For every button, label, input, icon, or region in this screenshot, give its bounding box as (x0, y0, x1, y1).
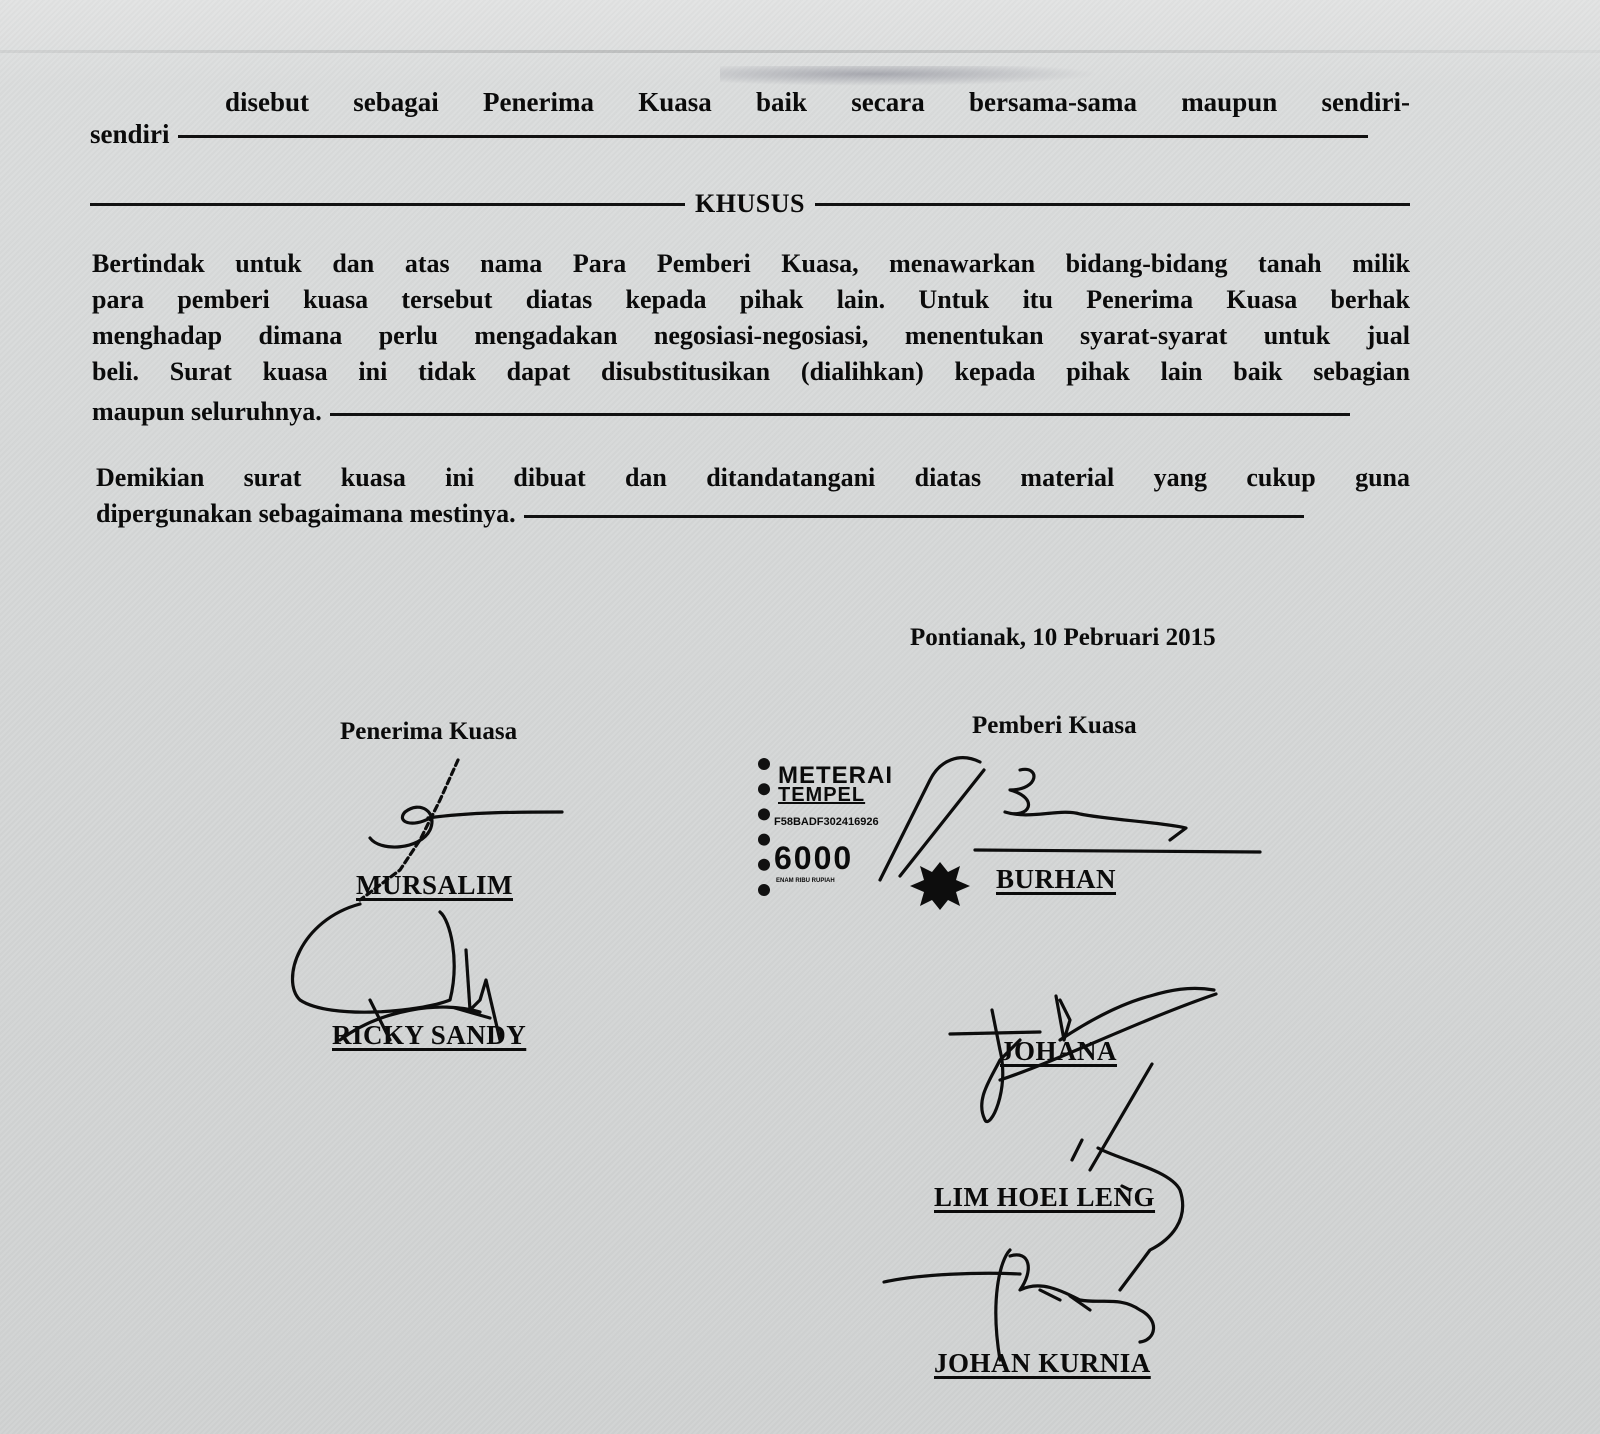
page-fold-edge (0, 50, 1600, 53)
stamp-value: 6000 (774, 840, 853, 877)
paragraph-1-line-2: para pemberi kuasa tersebut diatas kepad… (92, 282, 1410, 318)
stamp-caption: ENAM RIBU RUPIAH (776, 878, 835, 884)
intro-line-2-text: sendiri (90, 119, 170, 149)
section-heading-row: KHUSUS (90, 186, 1410, 222)
stamp-line-2: TEMPEL (778, 784, 865, 807)
signature-burhan (880, 758, 1260, 880)
signature-johan-kurnia (884, 1250, 1154, 1360)
paragraph-1-line-5: maupun seluruhnya. (92, 394, 1412, 430)
paragraph-2-line-2: dipergunakan sebagaimana mestinya. (96, 496, 1416, 532)
grantor-name-4: JOHAN KURNIA (934, 1348, 1151, 1379)
paragraph-2-line-2-text: dipergunakan sebagaimana mestinya. (96, 499, 516, 528)
paragraph-1-line-1: Bertindak untuk dan atas nama Para Pembe… (92, 246, 1410, 282)
heading-rule-left (90, 203, 685, 206)
document-page: disebut sebagai Penerima Kuasa baik seca… (0, 0, 1600, 1434)
heading-rule-right (815, 203, 1410, 206)
recipient-name-1: MURSALIM (356, 870, 513, 901)
paragraph-1-line-5-text: maupun seluruhnya. (92, 397, 322, 426)
paragraph-1-line-4: beli. Surat kuasa ini tidak dapat disubs… (92, 354, 1410, 390)
place-date: Pontianak, 10 Pebruari 2015 (910, 624, 1216, 652)
paragraph-1-line-3: menghadap dimana perlu mengadakan negosi… (92, 318, 1410, 354)
stamp-serial: F58BADF302416926 (774, 816, 879, 828)
grantor-role-label: Pemberi Kuasa (972, 712, 1137, 740)
grantor-name-2: JOHANA (1000, 1036, 1117, 1067)
seal-star (910, 862, 970, 910)
grantor-name-3: LIM HOEI LENG (934, 1182, 1155, 1213)
revenue-stamp: METERAI TEMPEL F58BADF302416926 6000 ENA… (758, 758, 910, 896)
intro-line-2: sendiri (90, 116, 1410, 152)
page-smudge (720, 66, 1100, 86)
section-heading: KHUSUS (685, 189, 815, 219)
intro-line-1: disebut sebagai Penerima Kuasa baik seca… (225, 84, 1410, 120)
signature-lim-hoei-leng (1072, 1064, 1183, 1290)
recipient-name-2: RICKY SANDY (332, 1020, 526, 1051)
paragraph-2-line-1: Demikian surat kuasa ini dibuat dan dita… (96, 460, 1410, 496)
grantor-name-1: BURHAN (996, 864, 1116, 895)
fill-dash (178, 135, 1368, 138)
fill-dash (330, 413, 1350, 416)
recipient-role-label: Penerima Kuasa (340, 718, 517, 746)
fill-dash (524, 515, 1304, 518)
